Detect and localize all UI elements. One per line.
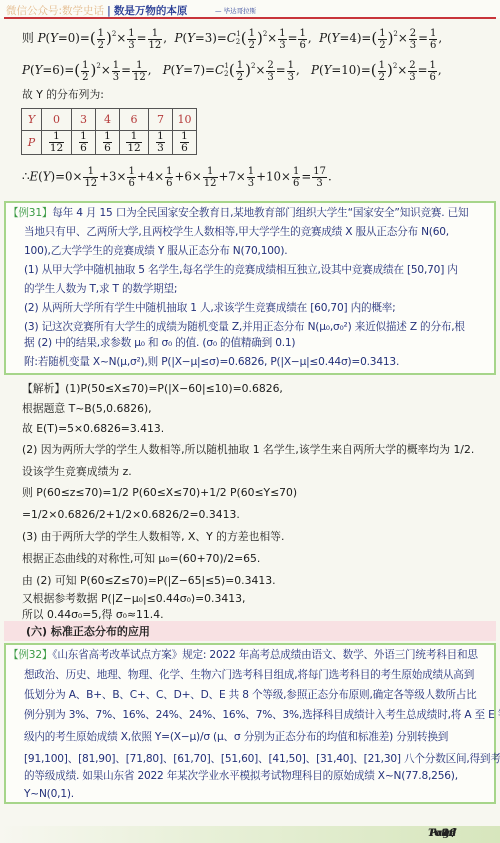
example-31-line-6: (2) 从两所大学所有学生中随机抽取 1 人,求该学生竞赛成绩在 [60,70]…: [24, 299, 396, 318]
example-32-line-8: Y~N(0,1).: [24, 785, 74, 804]
table-cell: 16: [173, 131, 197, 155]
table-row-p: P 112 16 16 112 13 16: [22, 131, 197, 155]
page-footer: Page 16 / Total 20: [0, 826, 500, 843]
solution-line-8: (3) 由于两所大学的学生人数相等, X、Y 的方差也相等.: [22, 528, 284, 546]
page-header: 微信公众号:数学史话|数是万物的本原 — 毕达哥拉斯: [0, 0, 500, 18]
header-brand: 微信公众号:数学史话|数是万物的本原: [6, 3, 187, 18]
solution-line-9: 根据正态曲线的对称性,可知 μ₀=(60+70)/2=65.: [22, 550, 260, 568]
table-row-y: Y 0 3 4 6 7 10: [22, 109, 197, 131]
header-title: 数是万物的本原: [114, 5, 188, 17]
solution-line-7: =1/2×0.6826/2+1/2×0.6826/2=0.3413.: [22, 506, 240, 524]
example-31-line-5: 的学生人数为 T,求 T 的数学期望;: [24, 280, 177, 299]
table-cell: 3: [72, 109, 96, 131]
expectation-line: ∴E(Y)=0×112+3×16+4×16+6×112+7×13+10×16=1…: [22, 166, 332, 189]
prob-line-2: P(Y=6)=(12)2×13=112, P(Y=7)=C21(12)2×23=…: [22, 57, 442, 83]
table-cell: 13: [149, 131, 173, 155]
table-cell: 16: [96, 131, 120, 155]
example-32-tag: 【例32】: [8, 649, 52, 661]
solution-line-6: 则 P(60≤z≤70)=1/2 P(60≤X≤70)+1/2 P(60≤Y≤7…: [22, 484, 297, 502]
solution-line-2: 根据题意 T~B(5,0.6826),: [22, 400, 152, 418]
example-31-box: 【例31】每年 4 月 15 口为全民国家安全教育日,某地教育部门组织大学生“国…: [4, 201, 496, 337]
example-31-line-9: 附:若随机变量 X~N(μ,σ²),则 P(|X−μ|≤σ)=0.6826, P…: [24, 353, 399, 372]
distribution-table: Y 0 3 4 6 7 10 P 112 16 16 112 13 16: [21, 108, 197, 155]
table-cell: 112: [120, 131, 149, 155]
solution-line-4: (2) 因为两所大学的学生人数相等,所以随机抽取 1 名学生,该学生来自两所大学…: [22, 441, 474, 459]
example-32-line-1: 【例32】《山东省高考改革试点方案》规定: 2022 年高考总成绩由语文、数学、…: [8, 646, 478, 665]
table-cell: 10: [173, 109, 197, 131]
section-title: (六) 标准正态分布的应用: [26, 623, 150, 639]
example-32-line-7: 的等级成绩. 如果山东省 2022 年某次学业水平模拟考试物理科目的原始成绩 X…: [24, 767, 458, 786]
example-32-line-4: 例分别为 3%、7%、16%、24%、24%、16%、7%、3%,选择科目成绩计…: [24, 706, 500, 725]
example-32-line-2: 想政治、历史、地理、物理、化学、生物六门选考科目组成,将每门选考科目的考生原始成…: [24, 666, 474, 685]
section-heading-band: (六) 标准正态分布的应用: [4, 621, 496, 641]
row-header-y: Y: [22, 109, 42, 131]
example-31-line-4: (1) 从甲大学中随机抽取 5 名学生,每名学生的竞赛成绩相互独立,设其中竞赛成…: [24, 261, 458, 280]
header-separator: |: [107, 5, 111, 17]
example-31-tag: 【例31】: [8, 207, 52, 219]
solution-line-3: 故 E(T)=5×0.6826=3.413.: [22, 420, 164, 438]
solution-line-10: 由 (2) 可知 P(60≤Z≤70)=P(|Z−65|≤5)=0.3413.: [22, 572, 276, 590]
table-cell: 112: [42, 131, 72, 155]
solution-line-1: 【解析】(1)P(50≤X≤70)=P(|X−60|≤10)=0.6826,: [22, 380, 283, 398]
example-32-box: 【例32】《山东省高考改革试点方案》规定: 2022 年高考总成绩由语文、数学、…: [4, 643, 496, 804]
example-31-box-cont: 据 (2) 中的结果,求参数 μ₀ 和 σ₀ 的值. (σ₀ 的值精确到 0.1…: [4, 335, 496, 375]
prob-line-1: 则 P(Y=0)=(12)2×13=112, P(Y=3)=C21(12)2×1…: [22, 25, 442, 51]
example-31-line-8: 据 (2) 中的结果,求参数 μ₀ 和 σ₀ 的值. (σ₀ 的值精确到 0.1…: [24, 334, 295, 353]
header-divider: [4, 17, 496, 19]
total-pages: 20: [442, 828, 456, 839]
header-author: — 毕达哥拉斯: [215, 6, 256, 15]
example-31-line-2: 当地只有甲、乙两所大学,且两校学生人数相等,甲大学学生的竞赛成绩 X 服从正态分…: [24, 223, 449, 242]
table-cell: 7: [149, 109, 173, 131]
example-31-line-3: 100),乙大学学生的竞赛成绩 Y 服从正态分布 N(70,100).: [24, 242, 287, 261]
wechat-account-label: 微信公众号:数学史话: [6, 5, 104, 17]
table-cell: 4: [96, 109, 120, 131]
example-32-line-3: 低划分为 A、B+、B、C+、C、D+、D、E 共 8 个等级,参照正态分布原则…: [24, 686, 477, 705]
table-intro: 故 Y 的分布列为:: [22, 86, 104, 104]
example-31-line-1: 【例31】每年 4 月 15 口为全民国家安全教育日,某地教育部门组织大学生“国…: [8, 204, 468, 223]
row-header-p: P: [22, 131, 42, 155]
example-32-line-5: 级内的考生原始成绩 X,依照 Y=(X−μ)/σ (μ、σ 分别为正态分布的均值…: [24, 728, 448, 747]
solution-line-5: 设该学生竞赛成绩为 z.: [22, 463, 132, 481]
prefix-text: 则: [22, 31, 34, 45]
table-cell: 6: [120, 109, 149, 131]
table-cell: 0: [42, 109, 72, 131]
table-cell: 16: [72, 131, 96, 155]
